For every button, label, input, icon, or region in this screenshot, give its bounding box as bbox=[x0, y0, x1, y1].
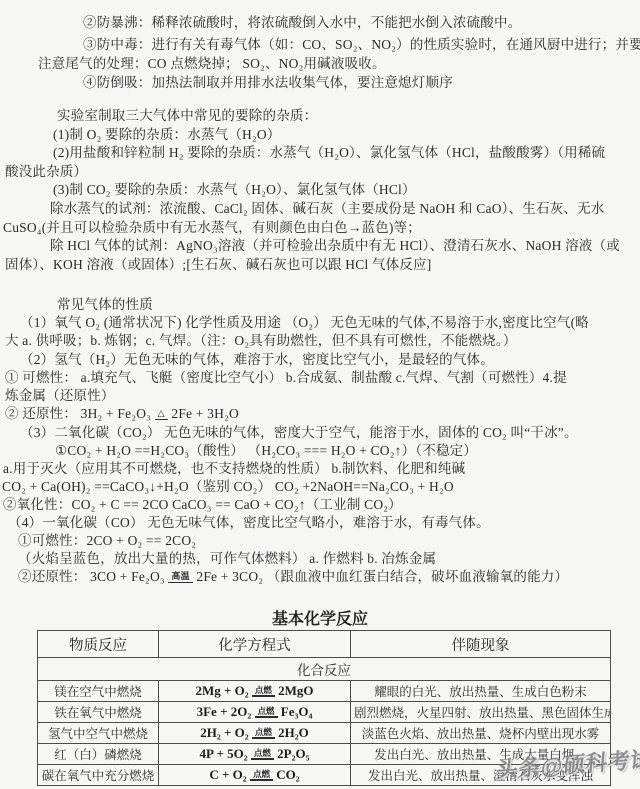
text-line: 注意尾气的处理：CO 点燃烧掉； SO₂、NO₂用碱液吸收。 bbox=[38, 55, 386, 73]
chemical-equation-cell: 2H₂ + O₂ 点燃 2H₂O bbox=[159, 723, 351, 744]
text-run: ②还原性： 3CO + Fe₂O₃ bbox=[18, 569, 168, 584]
text-line: （火焰呈蓝色，放出大量的热，可作气体燃料） a. 作燃料 b. 冶炼金属 bbox=[18, 550, 436, 568]
reaction-condition: 点燃 bbox=[250, 770, 273, 782]
reaction-condition: 高温 bbox=[168, 572, 192, 583]
text-run: 2H₂ + O₂ bbox=[200, 725, 252, 740]
text-line: （1）氧气 O₂ (通常状况下) 化学性质及用途 （O₂） 无色无味的气体,不易… bbox=[20, 314, 589, 332]
reaction-condition: 点燃 bbox=[252, 728, 275, 740]
text-run: 2P₂O₅ bbox=[274, 746, 310, 761]
section-label: 化合反应 bbox=[38, 658, 611, 681]
col-header-equation: 化学方程式 bbox=[159, 631, 351, 658]
reaction-condition: 点燃 bbox=[252, 686, 275, 698]
table-row: 镁在空气中燃烧2Mg + O₂ 点燃 2MgO耀眼的白光、放出热量、生成白色粉末 bbox=[38, 681, 611, 702]
text-line: ①可燃性：2CO + O₂ == 2CO₂ bbox=[18, 532, 196, 550]
table-title: 基本化学反应 bbox=[0, 606, 640, 629]
text-line: ②防暴沸：稀释浓硫酸时，将浓硫酸倒入水中，不能把水倒入浓硫酸中。 bbox=[83, 14, 521, 32]
text-line: ④防倒吸：加热法制取并用排水法收集气体，要注意熄灯顺序 bbox=[83, 74, 453, 92]
text-run: 2MgO bbox=[275, 683, 314, 698]
table-header-row: 物质反应 化学方程式 伴随现象 bbox=[38, 631, 611, 658]
text-run: CO₂ bbox=[273, 767, 300, 782]
text-line: ①CO₂ + H₂O ==H₂CO₃（酸性） （H₂CO₃ === H₂O + … bbox=[55, 442, 477, 460]
reaction-name-cell: 铁在氧气中燃烧 bbox=[38, 702, 159, 723]
reaction-name-cell: 氢气中空气中燃烧 bbox=[38, 723, 159, 744]
text-line: 常见气体的性质 bbox=[57, 296, 153, 314]
text-line: 除 HCl 气体的试剂：AgNO₃溶液（并可检验出杂质中有无 HCl）、澄清石灰… bbox=[50, 237, 620, 255]
text-run: Fe₃O₄ bbox=[278, 704, 313, 719]
text-run: 2H₂O bbox=[275, 725, 309, 740]
text-line: (1)制 O₂ 要除的杂质：水蒸气（H₂O） bbox=[53, 126, 281, 144]
text-line: CuSO₄(并且可以检验杂质中有无水蒸气，有则颜色由白色→蓝色)等； bbox=[3, 219, 421, 237]
reaction-condition: △ bbox=[155, 409, 168, 420]
table-section-row: 化合反应 bbox=[38, 658, 611, 681]
reaction-name-cell: 镁在空气中燃烧 bbox=[38, 681, 159, 702]
text-line: （3）二氧化碳（CO₂） 无色无味的气体，密度大于空气，能溶于水，固体的 CO₂… bbox=[20, 424, 578, 442]
text-line: 除水蒸气的试剂：浓流酸、CaCl₂ 固体、碱石灰（主要成份是 NaOH 和 Ca… bbox=[50, 200, 605, 218]
reaction-name-cell: 红（白）磷燃烧 bbox=[38, 744, 159, 765]
text-run: 2Fe + 3H₂O bbox=[168, 406, 239, 421]
text-run: 2Mg + O₂ bbox=[195, 683, 251, 698]
text-line: ②还原性： 3CO + Fe₂O₃ 高温 2Fe + 3CO₂ （跟血液中血红蛋… bbox=[18, 568, 568, 586]
chemical-equation-cell: 2Mg + O₂ 点燃 2MgO bbox=[159, 681, 351, 702]
col-header-reaction: 物质反应 bbox=[38, 631, 159, 658]
reaction-condition: 点燃 bbox=[255, 707, 278, 719]
table-row: 铁在氧气中燃烧3Fe + 2O₂ 点燃 Fe₃O₄剧烈燃烧，火星四射、放出热量、… bbox=[38, 702, 611, 723]
text-line: （4）一氧化碳（CO） 无色无味气体，密度比空气略小，难溶于水，有毒气体。 bbox=[8, 514, 490, 532]
chemical-equation-cell: 3Fe + 2O₂ 点燃 Fe₃O₄ bbox=[159, 702, 351, 723]
document-page: ②防暴沸：稀释浓硫酸时，将浓硫酸倒入水中，不能把水倒入浓硫酸中。③防中毒：进行有… bbox=[0, 0, 640, 789]
reaction-condition: 点燃 bbox=[251, 749, 274, 761]
table-row: 氢气中空气中燃烧2H₂ + O₂ 点燃 2H₂O淡蓝色火焰、放出热量、烧杯内壁出… bbox=[38, 723, 611, 744]
text-line: a.用于灭火（应用其不可燃烧，也不支持燃烧的性质） b.制饮料、化肥和纯碱 bbox=[3, 460, 465, 478]
phenomenon-cell: 淡蓝色火焰、放出热量、烧杯内壁出现水雾 bbox=[351, 723, 611, 744]
text-run: 4P + 5O₂ bbox=[199, 746, 250, 761]
col-header-phenomenon: 伴随现象 bbox=[351, 631, 611, 658]
chemical-equation-cell: 4P + 5O₂ 点燃 2P₂O₅ bbox=[159, 744, 351, 765]
text-run: C + O₂ bbox=[209, 767, 250, 782]
text-line: 酸没此杂质） bbox=[5, 163, 87, 181]
text-line: （2）氢气（H₂）无色无味的气体，难溶于水，密度比空气小，是最轻的气体。 bbox=[20, 351, 494, 369]
text-line: 炼金属（还原性） bbox=[5, 387, 115, 405]
phenomenon-cell: 剧烈燃烧，火星四射、放出热量、黑色固体生成 bbox=[351, 702, 611, 723]
text-line: 实验室制取三大气体中常见的要除的杂质： bbox=[57, 107, 317, 125]
text-line: ① 可燃性： a.填充气、飞艇（密度比空气小） b.合成氨、制盐酸 c.气焊、气… bbox=[5, 369, 567, 387]
text-line: ②氧化性：CO₂ + C == 2CO CaCO₃ == CaO + CO₂↑（… bbox=[3, 496, 402, 514]
chemical-equation-cell: C + O₂ 点燃 CO₂ bbox=[159, 765, 351, 786]
reaction-name-cell: 碳在氧气中充分燃烧 bbox=[38, 765, 159, 786]
text-line: (2)用盐酸和锌粒制 H₂ 要除的杂质：水蒸气（H₂O）、氯化氢气体（HCl，盐… bbox=[53, 144, 605, 162]
text-line: CO₂ + Ca(OH)₂ ==CaCO₃↓+H₂O（鉴别 CO₂） CO₂ +… bbox=[2, 478, 454, 496]
text-line: ③防中毒：进行有关有毒气体（如：CO、SO₂、NO₂）的性质实验时，在通风厨中进… bbox=[83, 36, 640, 54]
text-line: 固体）、KOH 溶液（或固体）;[生石灰、碱石灰也可以跟 HCl 气体反应] bbox=[5, 256, 431, 274]
text-line: 大 a. 供呼吸；b. 炼钢；c. 气焊。（注：O₂具有助燃性，但不具有可燃性，… bbox=[5, 332, 517, 350]
text-run: 3Fe + 2O₂ bbox=[197, 704, 255, 719]
phenomenon-cell: 耀眼的白光、放出热量、生成白色粉末 bbox=[351, 681, 611, 702]
text-run: 2Fe + 3CO₂ （跟血液中血红蛋白结合，破坏血液输氧的能力） bbox=[193, 569, 568, 584]
text-line: (3)制 CO₂ 要除的杂质：水蒸气（H₂O）、氯化氢气体（HCl） bbox=[53, 181, 416, 199]
text-run: ② 还原性： 3H₂ + Fe₂O₃ bbox=[5, 406, 155, 421]
text-line: ② 还原性： 3H₂ + Fe₂O₃ △ 2Fe + 3H₂O bbox=[5, 405, 239, 423]
